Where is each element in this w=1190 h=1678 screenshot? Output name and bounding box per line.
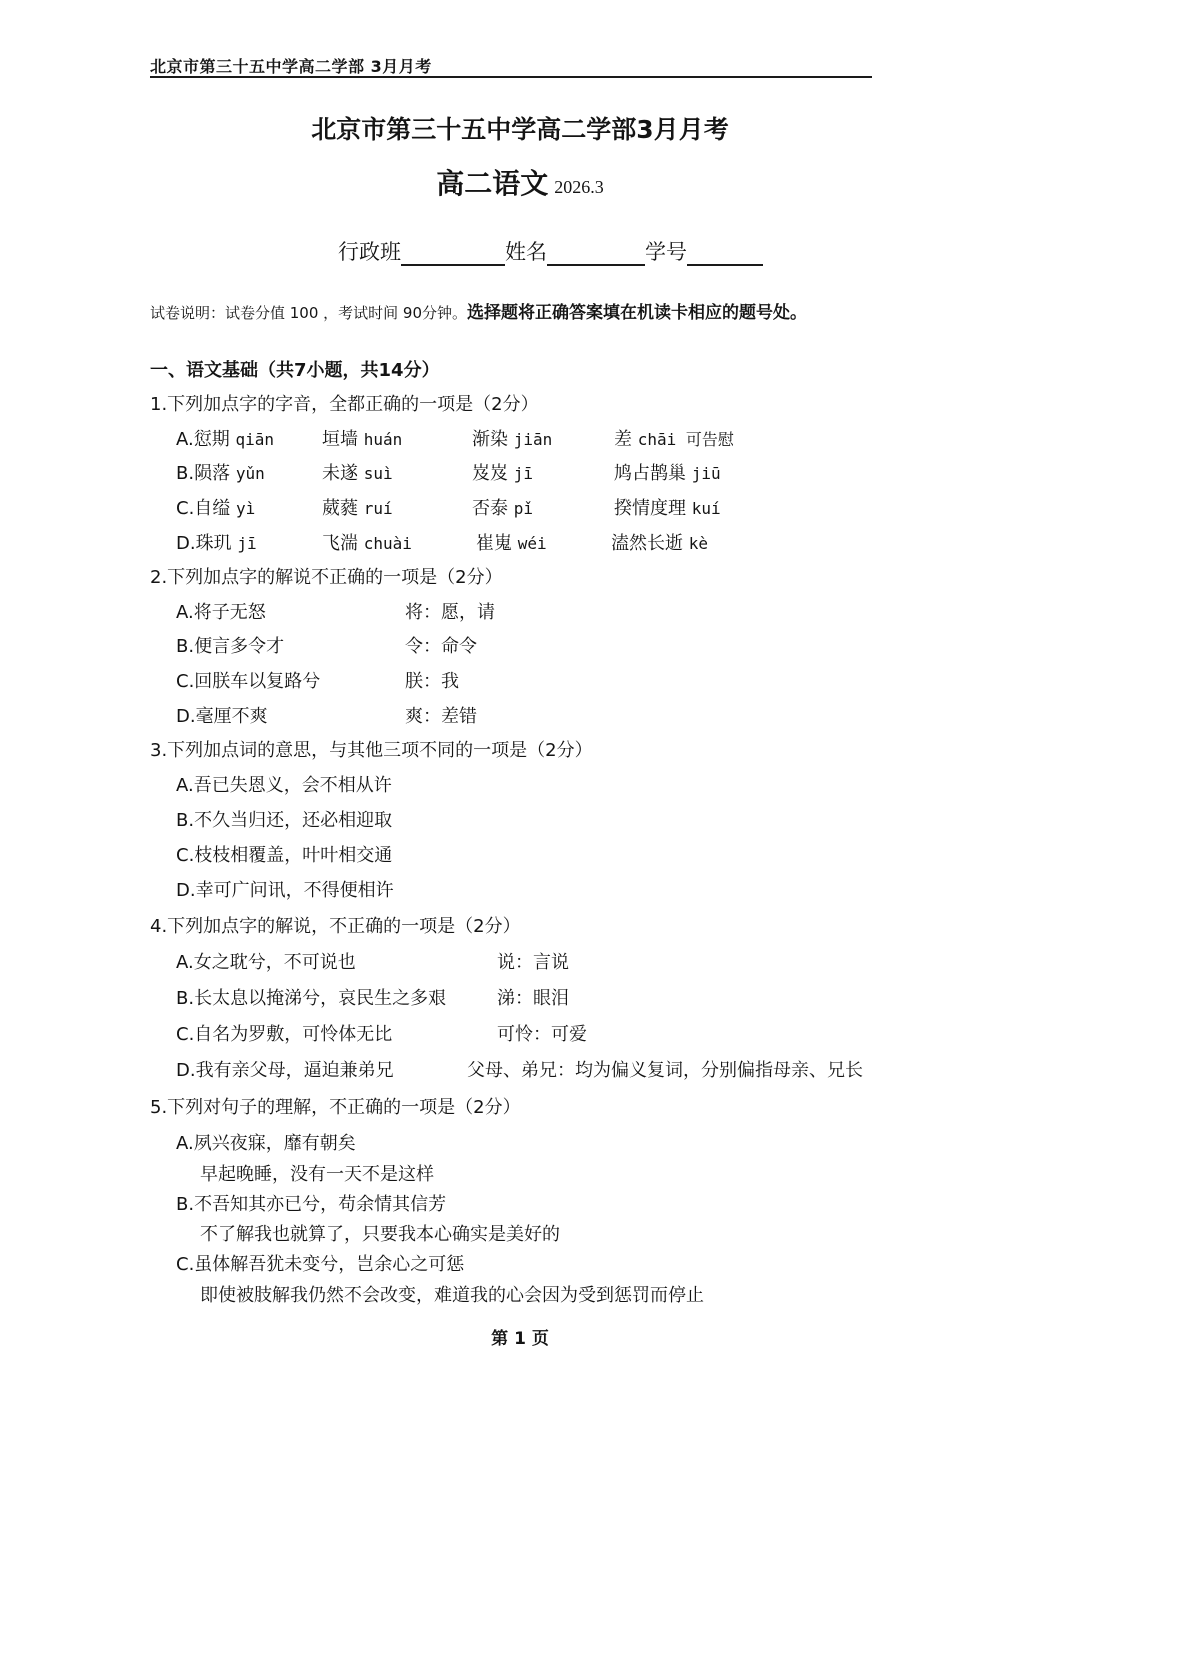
question-2-stem: 2.下列加点字的解说不正确的一项是（2分）: [150, 563, 503, 589]
q1-option-b-item3: 岌岌 jī: [472, 459, 533, 485]
q1-option-a-item3: 渐染 jiān: [472, 425, 552, 451]
q2-option-a-note: 将：愿，请: [405, 598, 495, 624]
instructions-emphasis: 选择题将正确答案填在机读卡相应的题号处。: [467, 303, 807, 323]
q4-option-b: B.长太息以掩涕兮，哀民生之多艰: [176, 984, 446, 1010]
q1-option-d-item3: 崔嵬 wéi: [476, 529, 547, 555]
q5-option-a-explain: 早起晚睡，没有一天不是这样: [200, 1160, 434, 1186]
q1-option-c-item4: 揆情度理 kuí: [614, 494, 721, 520]
q4-option-a: A.女之耽兮，不可说也: [176, 948, 356, 974]
name-label: 姓名: [505, 236, 547, 266]
q3-option-a: A.吾已失恩义，会不相从许: [176, 771, 392, 797]
q1-option-c-item2: 葳蕤 ruí: [322, 494, 393, 520]
q2-option-b-note: 令：命令: [405, 632, 477, 658]
q1-option-c-item3: 否泰 pǐ: [472, 494, 533, 520]
q4-option-c-note: 可怜：可爱: [497, 1020, 587, 1046]
name-blank[interactable]: [547, 242, 645, 266]
q1-option-a: A.愆期 qiān: [176, 425, 274, 451]
question-4-stem: 4.下列加点字的解说，不正确的一项是（2分）: [150, 912, 521, 938]
section-heading: 一、语文基础（共7小题，共14分）: [150, 356, 440, 382]
q2-option-c-note: 朕：我: [405, 667, 459, 693]
q1-option-d: D.珠玑 jī: [176, 529, 257, 555]
q5-option-c: C.虽体解吾犹未变兮，岂余心之可惩: [176, 1250, 464, 1276]
running-header: 北京市第三十五中学高二学部 3月月考: [150, 54, 432, 77]
q1-option-b-item2: 未遂 suì: [322, 459, 393, 485]
q5-option-b-explain: 不了解我也就算了，只要我本心确实是美好的: [200, 1220, 560, 1246]
q1-option-d-item2: 飞湍 chuài: [322, 529, 412, 555]
subject-label: 高二语文: [436, 167, 548, 200]
q1-option-d-item4: 溘然长逝 kè: [611, 529, 708, 555]
q4-option-c: C.自名为罗敷，可怜体无比: [176, 1020, 392, 1046]
question-3-stem: 3.下列加点词的意思，与其他三项不同的一项是（2分）: [150, 736, 593, 762]
exam-date: 2026.3: [554, 177, 604, 197]
q1-option-b: B.陨落 yǔn: [176, 459, 265, 485]
q1-option-a-item2: 垣墙 huán: [322, 425, 402, 451]
student-info-line: 行政班 姓名 学号: [338, 236, 763, 266]
q2-option-c: C.回朕车以复路兮: [176, 667, 320, 693]
q1-option-a-item4: 差 chāi 可告慰: [614, 425, 734, 451]
q3-option-d: D.幸可广问讯，不得便相许: [176, 876, 394, 902]
class-blank[interactable]: [401, 242, 505, 266]
q2-option-d-note: 爽：差错: [405, 702, 477, 728]
q3-option-b: B.不久当归还，还必相迎取: [176, 806, 392, 832]
student-id-blank[interactable]: [687, 242, 763, 266]
q4-option-b-note: 涕：眼泪: [497, 984, 569, 1010]
question-1-stem: 1.下列加点字的字音，全都正确的一项是（2分）: [150, 390, 539, 416]
class-label: 行政班: [338, 236, 401, 266]
q4-option-a-note: 说：言说: [497, 948, 569, 974]
student-id-label: 学号: [645, 236, 687, 266]
instructions-text: 试卷说明：试卷分值 100 ，考试时间 90分钟。: [150, 304, 467, 322]
q3-option-c: C.枝枝相覆盖，叶叶相交通: [176, 841, 392, 867]
q2-option-a: A.将子无怒: [176, 598, 266, 624]
q5-option-b: B.不吾知其亦已兮，苟余情其信芳: [176, 1190, 446, 1216]
exam-title: 北京市第三十五中学高二学部3月月考: [0, 110, 1040, 146]
q5-option-c-explain: 即使被肢解我仍然不会改变，难道我的心会因为受到惩罚而停止: [200, 1281, 704, 1307]
exam-instructions: 试卷说明：试卷分值 100 ，考试时间 90分钟。选择题将正确答案填在机读卡相应…: [150, 298, 807, 323]
header-rule: [150, 76, 872, 78]
exam-subtitle: 高二语文2026.3: [0, 162, 1040, 202]
q5-option-a: A.夙兴夜寐，靡有朝矣: [176, 1129, 356, 1155]
q4-option-d: D.我有亲父母，逼迫兼弟兄: [176, 1056, 394, 1082]
q4-option-d-note: 父母、弟兄：均为偏义复词，分别偏指母亲、兄长: [467, 1056, 863, 1082]
page-number: 第 1 页: [0, 1324, 1040, 1349]
q1-option-b-item4: 鸠占鹊巢 jiū: [614, 459, 721, 485]
q2-option-d: D.毫厘不爽: [176, 702, 268, 728]
q1-option-c: C.自缢 yì: [176, 494, 255, 520]
question-5-stem: 5.下列对句子的理解，不正确的一项是（2分）: [150, 1093, 521, 1119]
q2-option-b: B.便言多令才: [176, 632, 284, 658]
